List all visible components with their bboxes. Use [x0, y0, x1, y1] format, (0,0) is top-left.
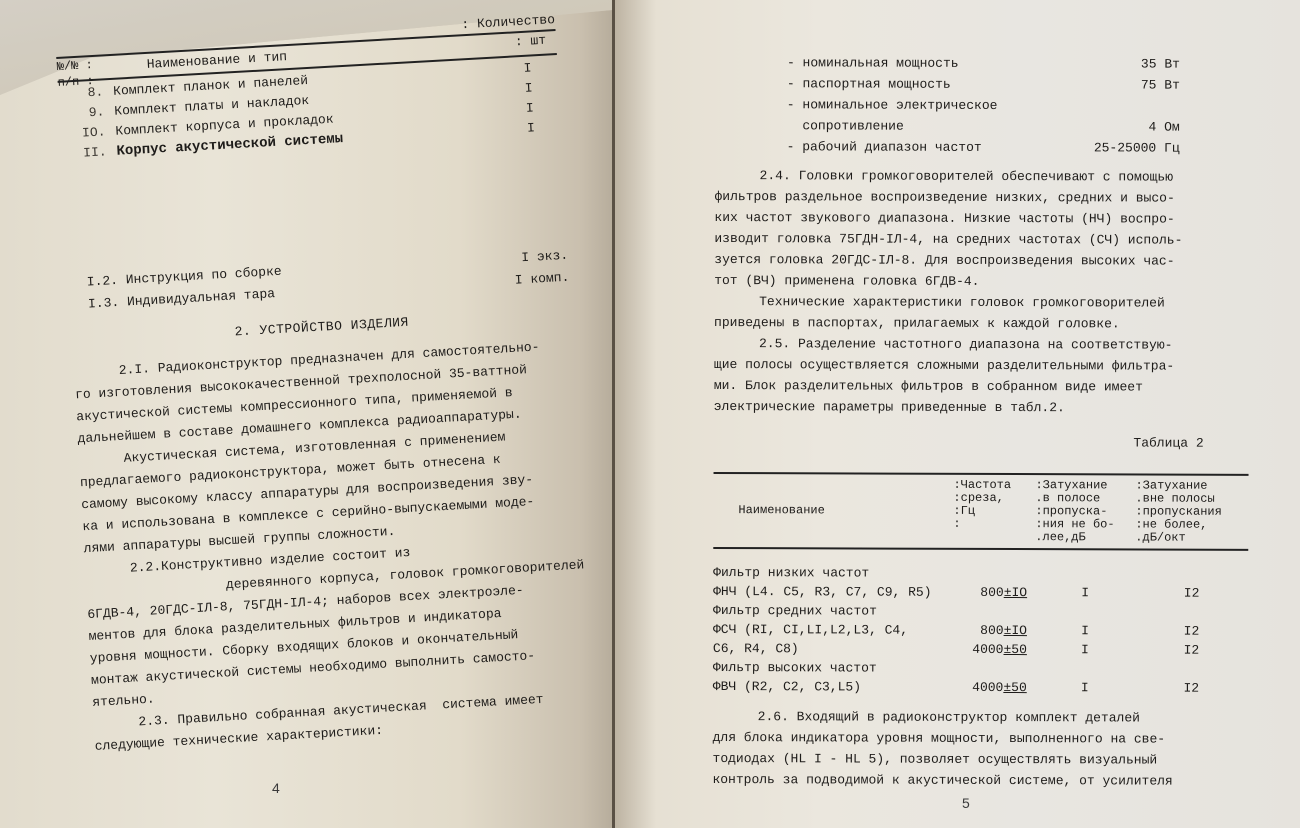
- filter-name: ФВЧ (R2, C2, C3,L5): [713, 677, 953, 697]
- paragraph-2-5: 2.5. Разделение частотного диапазона на …: [714, 333, 1249, 419]
- filter-table-row: ФНЧ (L4. C5, R3, C7, C9, R5)800±IOII2: [713, 582, 1248, 603]
- text-line: ких частот звукового диапазона. Низкие ч…: [714, 207, 1249, 230]
- spec-list: - номинальная мощность35 Вт- паспортная …: [715, 52, 1250, 159]
- filter-table: Наименование :Частота :среза, :Гц : :Зат…: [713, 472, 1249, 698]
- filter-group-title: Фильтр высоких частот: [713, 658, 1248, 679]
- spec-row: - рабочий диапазон частот25-25000 Гц: [715, 136, 1250, 159]
- filter-table-row: ФВЧ (R2, C2, C3,L5)4000±50II2: [713, 677, 1248, 698]
- spec-row: - номинальная мощность35 Вт: [715, 52, 1250, 75]
- paragraph-2-4: 2.4. Головки громкоговорителей обеспечив…: [714, 165, 1249, 293]
- kit-extra-value: I экз.: [521, 245, 569, 270]
- spec-value: 35 Вт: [1060, 53, 1250, 75]
- num-column-header: №/№ : п/п :: [56, 57, 94, 91]
- filter-name: ФСЧ (RI, CI,LI,L2,L3, C4,: [713, 620, 953, 640]
- page-number-right: 5: [962, 795, 970, 811]
- left-page-content: : Количество №/№ : п/п : Наименование и …: [55, 7, 595, 758]
- filter-name: C6, R4, C8): [713, 639, 953, 659]
- filter-passband-attenuation: I: [1035, 621, 1135, 640]
- text-line: зуется головка 20ГДС-IЛ-8. Для воспроизв…: [714, 249, 1249, 272]
- filter-passband-attenuation: I: [1035, 640, 1135, 659]
- text-line: контроль за подводимой к акустической си…: [712, 769, 1247, 792]
- paragraph-2-6: 2.6. Входящий в радиоконструктор комплек…: [712, 706, 1247, 792]
- spec-value: 4 Ом: [1060, 116, 1250, 138]
- spec-label: - номинальное электрическое: [715, 94, 998, 116]
- filter-group-title: Фильтр средних частот: [713, 601, 1248, 622]
- text-line: 2.5. Разделение частотного диапазона на …: [714, 333, 1249, 356]
- text-line: приведены в паспортах, прилагаемых к каж…: [714, 312, 1249, 335]
- kit-item-number: II.: [61, 142, 107, 164]
- filter-tolerance: ±50: [1003, 680, 1026, 695]
- header-name: Наименование: [713, 504, 953, 518]
- header-passband: :Затухание .в полосе :пропуска- :ния не …: [1035, 479, 1135, 544]
- text-line: ми. Блок разделительных фильтров в собра…: [714, 375, 1249, 398]
- paragraph-2-2: 2.2.Конструктивно изделие состоит издере…: [84, 532, 592, 714]
- page-number-left: 4: [272, 780, 280, 796]
- filter-name: ФНЧ (L4. C5, R3, C7, C9, R5): [713, 582, 953, 602]
- right-page-content: - номинальная мощность35 Вт- паспортная …: [712, 52, 1250, 792]
- spec-label: сопротивление: [715, 115, 904, 137]
- filter-tolerance: ±50: [1003, 642, 1026, 657]
- text-line: 2.4. Головки громкоговорителей обеспечив…: [715, 165, 1250, 188]
- kit-item-qty: I: [500, 117, 561, 140]
- filter-stopband-attenuation: I2: [1135, 678, 1248, 697]
- filter-cutoff: 800±IO: [953, 583, 1035, 602]
- text-line: для блока индикатора уровня мощности, вы…: [713, 727, 1248, 750]
- kit-item-number: IO.: [60, 122, 106, 144]
- spec-label: - номинальная мощность: [715, 52, 959, 74]
- filter-cutoff: 4000±50: [953, 678, 1035, 697]
- spec-value: 75 Вт: [1060, 74, 1250, 96]
- text-line: Технические характеристики головок громк…: [714, 291, 1249, 314]
- filter-stopband-attenuation: I2: [1135, 640, 1248, 659]
- text-line: щие полосы осуществляется сложными разде…: [714, 354, 1249, 377]
- filter-passband-attenuation: I: [1035, 583, 1135, 602]
- spec-row: - номинальное электрическое: [715, 94, 1250, 117]
- kit-item-number: 9.: [59, 102, 105, 124]
- filter-table-body: Фильтр низких частотФНЧ (L4. C5, R3, C7,…: [713, 563, 1248, 698]
- kit-extra-value: I комп.: [514, 267, 570, 292]
- spec-value: 25-25000 Гц: [1060, 137, 1250, 159]
- filter-table-row: C6, R4, C8)4000±50II2: [713, 639, 1248, 660]
- filter-cutoff: 800±IO: [953, 621, 1035, 640]
- filter-stopband-attenuation: I2: [1135, 583, 1248, 602]
- table-rule: [56, 29, 555, 59]
- filter-stopband-attenuation: I2: [1135, 621, 1248, 640]
- text-line: фильтров раздельное воспроизведение низк…: [714, 186, 1249, 209]
- spec-row: сопротивление4 Ом: [715, 115, 1250, 138]
- filter-table-row: ФСЧ (RI, CI,LI,L2,L3, C4,800±IOII2: [713, 620, 1248, 641]
- text-line: 2.6. Входящий в радиоконструктор комплек…: [713, 706, 1248, 729]
- unit-column-header: : шт: [514, 30, 546, 54]
- text-line: тот (ВЧ) применена головка 6ГДВ-4.: [714, 270, 1249, 293]
- paragraph-tech-specs: Технические характеристики головок громк…: [714, 291, 1249, 335]
- text-line: тодиодах (HL I - HL 5), позволяет осущес…: [712, 748, 1247, 771]
- filter-passband-attenuation: I: [1035, 678, 1135, 697]
- text-line: изводит головка 75ГДН-IЛ-4, на средних ч…: [714, 228, 1249, 251]
- spec-value: [1060, 95, 1250, 117]
- text-line: электрические параметры приведенные в та…: [714, 396, 1249, 419]
- filter-group-title: Фильтр низких частот: [713, 563, 1248, 584]
- spec-label: - рабочий диапазон частот: [715, 136, 982, 158]
- filter-cutoff: 4000±50: [953, 640, 1035, 659]
- header-stopband: :Затухание .вне полосы :пропускания :не …: [1135, 479, 1248, 544]
- header-cutoff: :Частота :среза, :Гц :: [953, 479, 1035, 544]
- spec-label: - паспортная мощность: [715, 73, 951, 95]
- filter-table-header: Наименование :Частота :среза, :Гц : :Зат…: [713, 472, 1248, 551]
- filter-tolerance: ±IO: [1004, 585, 1027, 600]
- filter-tolerance: ±IO: [1004, 623, 1027, 638]
- table-caption: Таблица 2: [714, 431, 1249, 454]
- spec-row: - паспортная мощность75 Вт: [715, 73, 1250, 96]
